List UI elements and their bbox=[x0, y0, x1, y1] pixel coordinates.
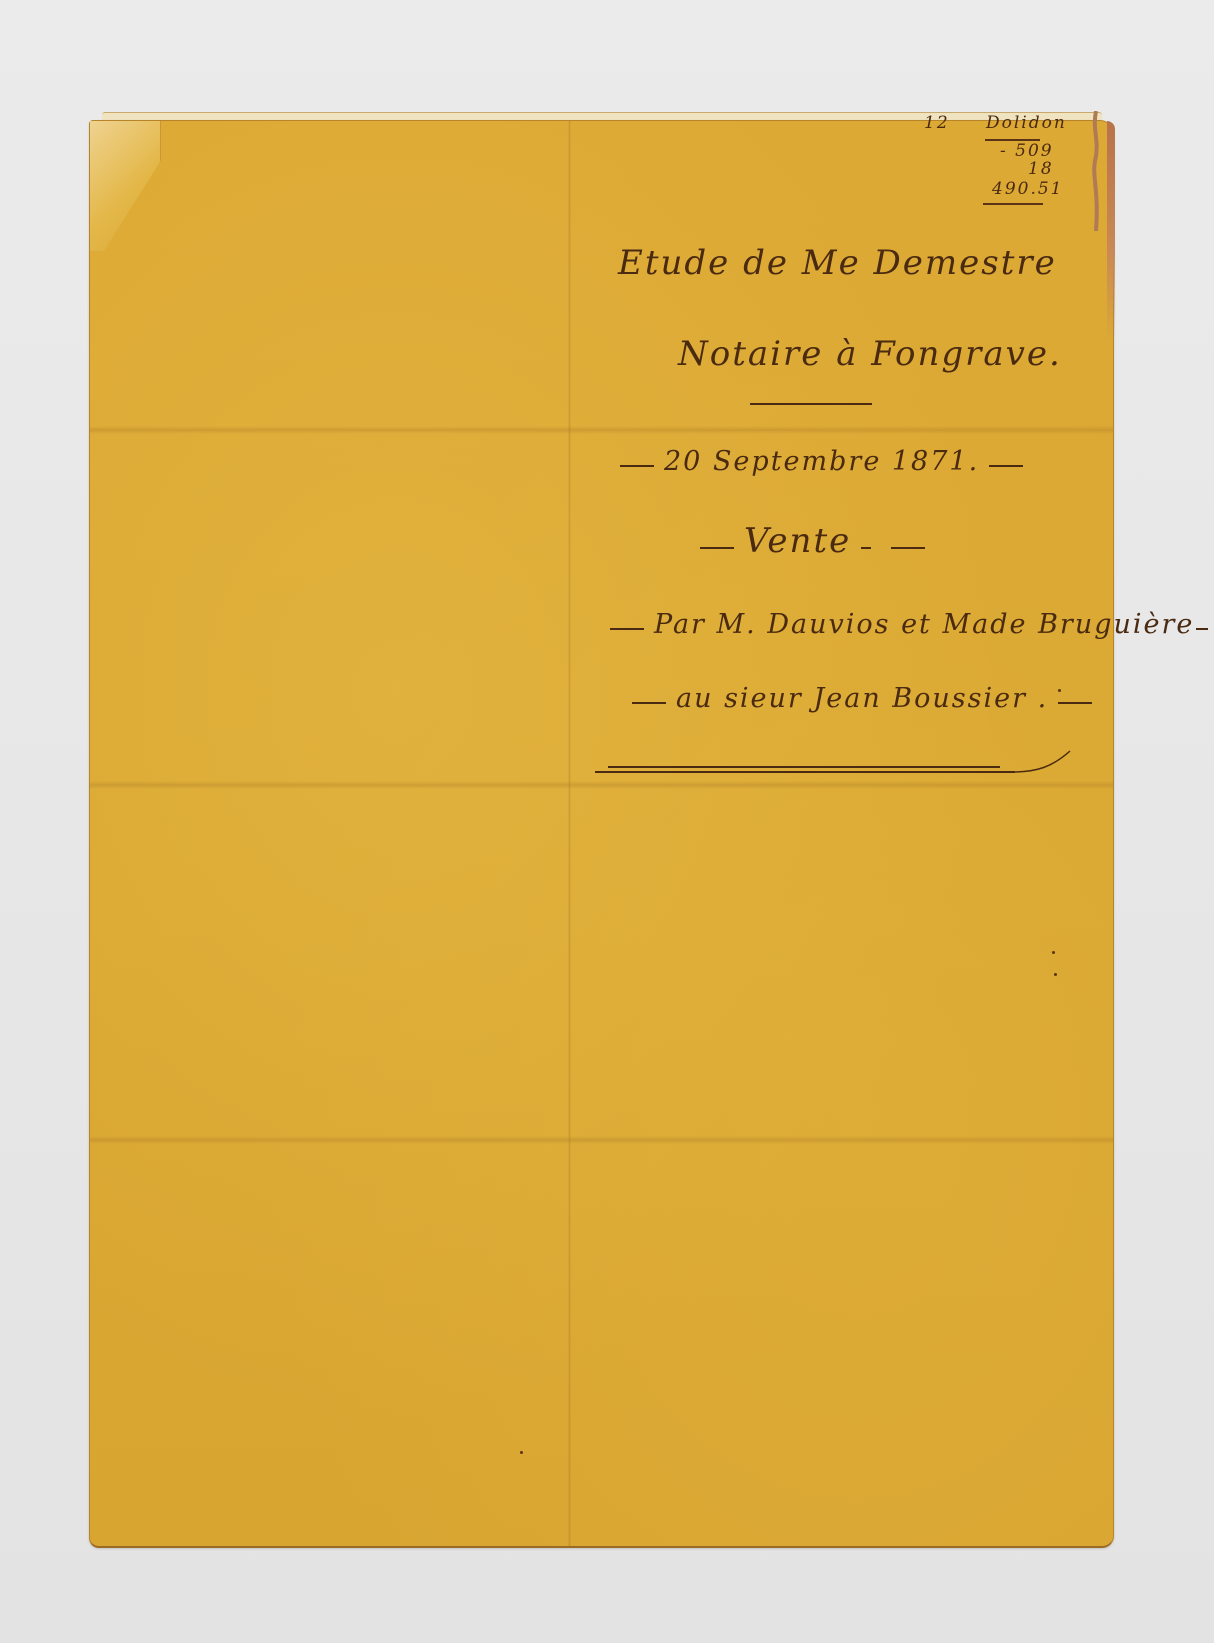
horizontal-fold-top bbox=[90, 426, 1113, 434]
folded-corner bbox=[90, 121, 161, 251]
dash-right bbox=[1058, 702, 1092, 704]
dash-small bbox=[861, 547, 871, 549]
binding-thread-icon bbox=[1090, 111, 1102, 231]
dash-left bbox=[632, 702, 666, 704]
ink-speck bbox=[1058, 689, 1061, 692]
sellers-line: Par M. Dauvios et Made Bruguière bbox=[600, 609, 1210, 640]
vertical-fold bbox=[568, 121, 571, 1546]
closing-rule-bottom bbox=[595, 771, 1015, 773]
ink-speck bbox=[520, 1451, 523, 1454]
dash-right bbox=[989, 465, 1023, 467]
deed-date: 20 Septembre 1871. bbox=[664, 446, 979, 477]
archive-calc-result: 490.51 bbox=[992, 179, 1063, 199]
ink-speck bbox=[1054, 973, 1057, 976]
archive-calc-line-1: - 509 bbox=[1000, 141, 1054, 161]
act-type: Vente bbox=[744, 521, 851, 561]
date-line: 20 Septembre 1871. bbox=[610, 446, 1033, 477]
notary-location-heading: Notaire à Fongrave. bbox=[678, 334, 1062, 374]
buyer-line: au sieur Jean Boussier . bbox=[622, 683, 1102, 714]
horizontal-fold-middle bbox=[90, 781, 1113, 789]
horizontal-fold-bottom bbox=[90, 1136, 1113, 1144]
dash-left bbox=[620, 465, 654, 467]
dash-left bbox=[700, 547, 734, 549]
dash-right bbox=[1196, 628, 1208, 630]
annotation-total-rule bbox=[983, 203, 1043, 205]
sellers: Par M. Dauvios et Made Bruguière bbox=[654, 609, 1194, 640]
binding-edge bbox=[1107, 121, 1115, 341]
archive-number: 12 bbox=[924, 113, 950, 133]
dash-right bbox=[891, 547, 925, 549]
archive-calc-line-2: 18 bbox=[1028, 159, 1054, 179]
dash-left bbox=[610, 628, 644, 630]
ink-speck bbox=[1052, 951, 1055, 954]
document-cover: 12 Dolidon - 509 18 490.51 Etude de Me D… bbox=[89, 120, 1114, 1548]
heading-rule bbox=[750, 403, 872, 405]
archive-name: Dolidon bbox=[986, 113, 1067, 133]
buyer: au sieur Jean Boussier . bbox=[676, 683, 1048, 714]
closing-rule-top bbox=[608, 766, 1000, 768]
act-type-line: Vente bbox=[690, 521, 935, 561]
notary-office-heading: Etude de Me Demestre bbox=[618, 243, 1057, 283]
closing-flourish-icon bbox=[1012, 749, 1072, 775]
